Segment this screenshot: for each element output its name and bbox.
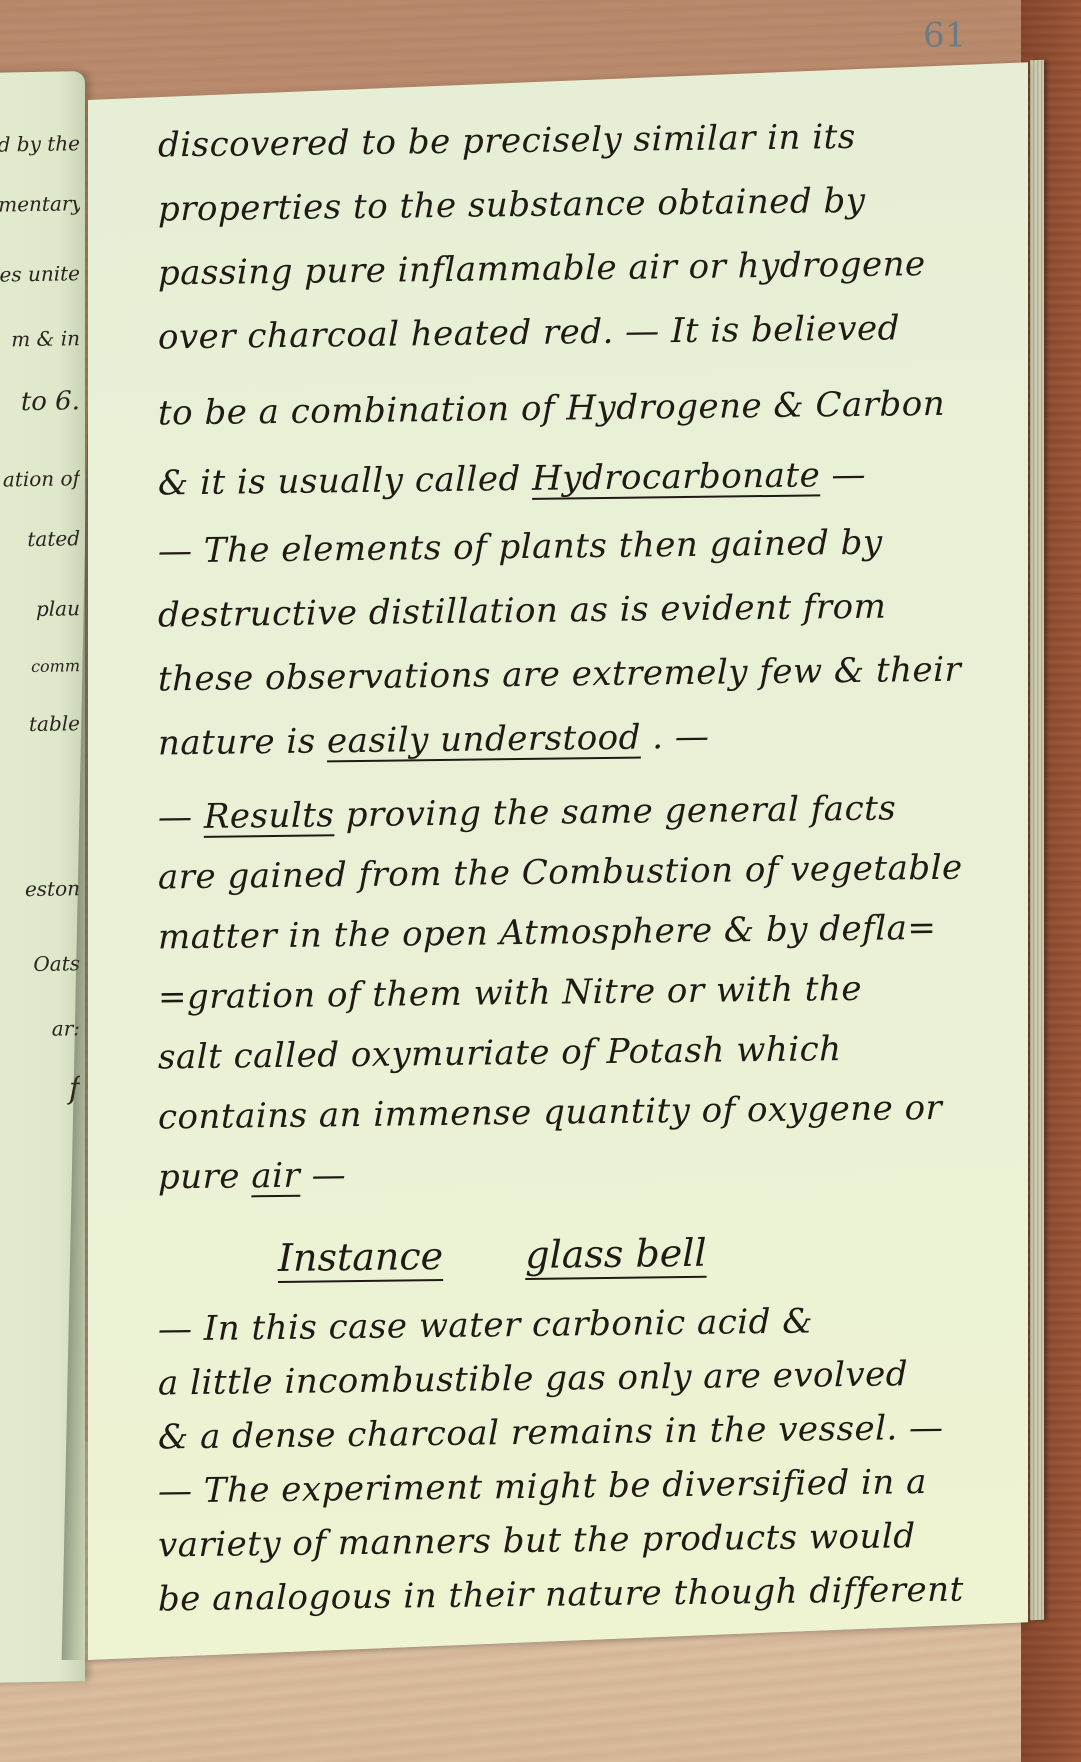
- underlined-term: easily understood: [327, 718, 641, 762]
- left-page-fragment: ation of: [0, 466, 80, 492]
- left-page-fragment: lementary: [0, 191, 80, 217]
- text-span: & it is usually called: [158, 459, 521, 503]
- left-page-fragment: plau: [0, 596, 80, 622]
- text-line: pure air —: [158, 1147, 998, 1197]
- manuscript-text: discovered to be precisely similar in it…: [158, 115, 998, 1619]
- dash: —: [832, 455, 867, 495]
- left-page-fragment: comm: [0, 656, 80, 677]
- text-line: & it is usually called Hydrocarbonate —: [158, 453, 998, 503]
- left-page-fragment: ar:: [0, 1016, 80, 1042]
- left-page-fragment: tated: [0, 526, 80, 552]
- left-page-fragment: Oats: [0, 951, 80, 977]
- text-line: contains an immense quantity of oxygene …: [158, 1087, 998, 1137]
- text-span: proving the same general facts: [346, 788, 897, 835]
- text-line: — The elements of plants then gained by: [158, 521, 998, 571]
- text-line: & a dense charcoal remains in the vessel…: [158, 1407, 998, 1457]
- text-line: salt called oxymuriate of Potash which: [158, 1027, 998, 1077]
- manuscript-page: 61 discovered to be precisely similar in…: [88, 62, 1028, 1660]
- page-edges: [1030, 60, 1044, 1621]
- text-line: over charcoal heated red. — It is believ…: [158, 307, 998, 357]
- left-page-fragment: ies unite: [0, 261, 80, 287]
- text-line: destructive distillation as is evident f…: [158, 585, 998, 635]
- text-line: — Results proving the same general facts: [158, 787, 998, 837]
- text-span: pure: [158, 1156, 240, 1197]
- page-number: 61: [923, 16, 966, 56]
- text-line: variety of manners but the products woul…: [158, 1515, 998, 1565]
- text-line: — In this case water carbonic acid &: [158, 1299, 998, 1349]
- text-line: — The experiment might be diversified in…: [158, 1461, 998, 1511]
- left-page-fragment: d by the: [0, 131, 80, 157]
- dash: —: [158, 797, 204, 838]
- section-heading: Instance glass bell: [158, 1227, 998, 1281]
- text-span: nature is: [158, 722, 316, 764]
- left-page-fragment: m & in: [0, 326, 80, 352]
- text-line: these observations are extremely few & t…: [158, 649, 998, 699]
- left-page-fragment: eston: [0, 876, 80, 902]
- dash: . —: [652, 717, 709, 758]
- text-line: matter in the open Atmosphere & by defla…: [158, 907, 998, 957]
- left-page-fragment: to 6.: [0, 386, 80, 418]
- left-page-fragment: table: [0, 711, 80, 737]
- underlined-term: Results: [204, 795, 335, 837]
- text-line: passing pure inflammable air or hydrogen…: [158, 243, 998, 293]
- dash: —: [312, 1155, 347, 1195]
- text-line: discovered to be precisely similar in it…: [158, 115, 998, 165]
- text-line: to be a combination of Hydrogene & Carbo…: [158, 383, 998, 433]
- heading-instance: Instance: [278, 1234, 443, 1280]
- left-page-fragment: f: [0, 1071, 80, 1108]
- underlined-term: Hydrocarbonate: [532, 455, 820, 499]
- text-line: =gration of them with Nitre or with the: [158, 967, 998, 1017]
- text-line: properties to the substance obtained by: [158, 179, 998, 229]
- heading-glass-bell: glass bell: [525, 1231, 706, 1277]
- text-line: nature is easily understood . —: [158, 713, 998, 763]
- text-line: a little incombustible gas only are evol…: [158, 1353, 998, 1403]
- text-line: be analogous in their nature though diff…: [158, 1569, 998, 1619]
- text-line: are gained from the Combustion of vegeta…: [158, 847, 998, 897]
- underlined-term: air: [251, 1156, 300, 1197]
